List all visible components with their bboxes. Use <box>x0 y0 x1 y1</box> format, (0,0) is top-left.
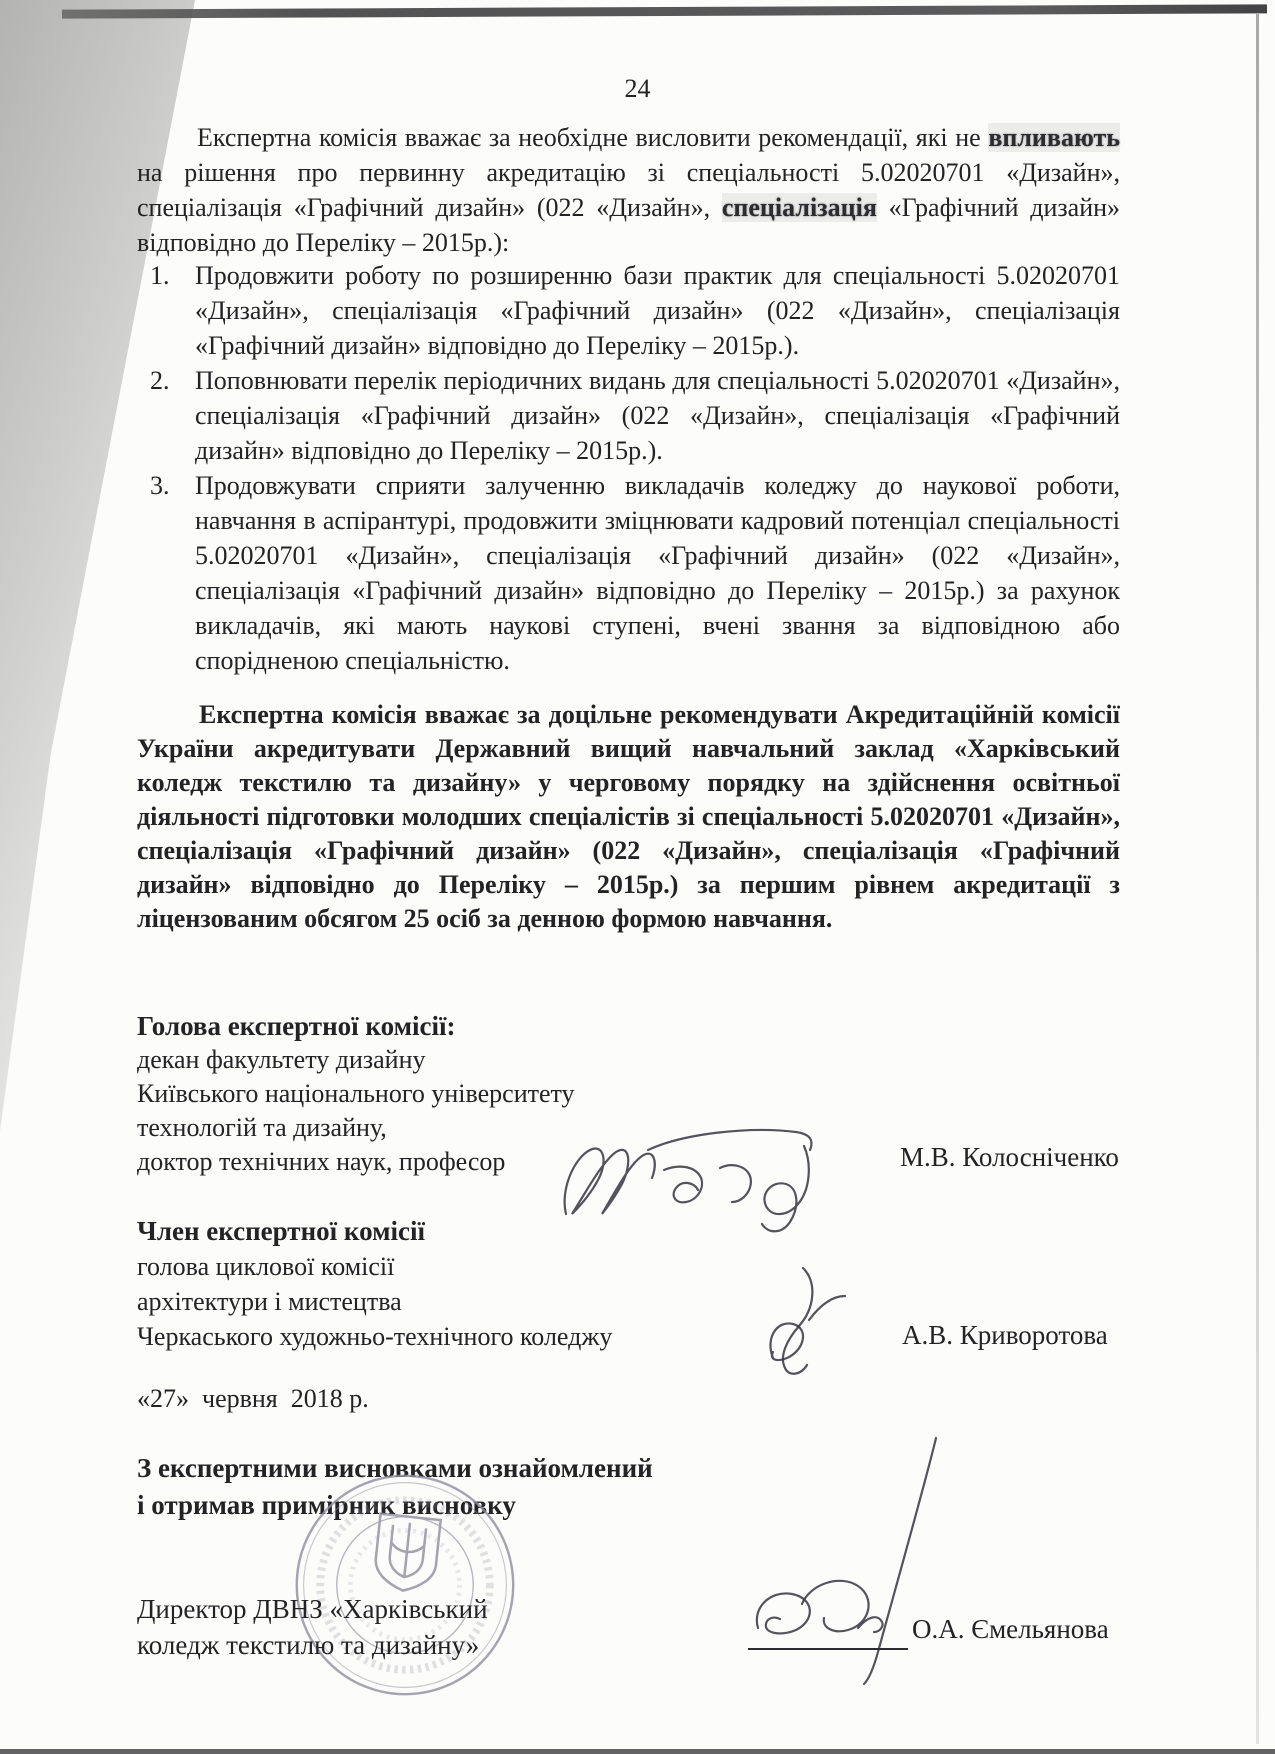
signatory-head-line: декан факультету дизайну <box>137 1043 1120 1077</box>
list-item-text: Продовжити роботу по розширенню бази пра… <box>195 261 1120 360</box>
signature-kolosnichenko <box>552 1106 862 1236</box>
intro-smudged-word-2: спеціалізація <box>722 193 877 222</box>
list-item-number: 1. <box>150 258 170 293</box>
recommendations-list: 1. Продовжити роботу по розширенню бази … <box>148 258 1120 678</box>
list-item-text: Продовжувати сприяти залученню викладачі… <box>195 471 1120 675</box>
date-line: «27» червня 2018 р. <box>137 1384 1120 1414</box>
acknowledgement-block: З експертними висновками ознайомлений і … <box>137 1450 1120 1524</box>
scan-top-border <box>62 4 1267 18</box>
acknowledgement-line-1: З експертними висновками ознайомлений <box>137 1450 1120 1487</box>
scan-bottom-border <box>0 1749 1275 1754</box>
signatory-member-name: А.В. Криворотова <box>902 1320 1108 1351</box>
list-item-number: 3. <box>150 468 170 503</box>
list-item: 3. Продовжувати сприяти залученню виклад… <box>148 468 1120 678</box>
resolution-paragraph: Експертна комісія вважає за доцільне рек… <box>137 698 1120 936</box>
list-item: 1. Продовжити роботу по розширенню бази … <box>148 258 1120 363</box>
signatory-head-title: Голова експертної комісії: <box>137 1009 1120 1043</box>
round-seal-stamp <box>288 1468 522 1702</box>
intro-paragraph: Експертна комісія вважає за необхідне ви… <box>137 120 1120 260</box>
intro-text-1: Експертна комісія вважає за необхідне ви… <box>197 123 981 152</box>
intro-smudged-word-1: впливають <box>988 123 1120 152</box>
trident-icon <box>373 1514 441 1594</box>
director-name: О.А. Ємельянова <box>912 1614 1109 1645</box>
signature-kryvorotova <box>735 1262 850 1382</box>
list-item-text: Поповнювати перелік періодичних видань д… <box>195 366 1120 465</box>
acknowledgement-line-2: і отримав примірник висновку <box>137 1487 1120 1524</box>
signatory-member-line: архітектури і мистецтва <box>137 1284 1120 1319</box>
list-item: 2. Поповнювати перелік періодичних видан… <box>148 363 1120 468</box>
scanned-document-page: 24 Експертна комісія вважає за необхідне… <box>0 0 1275 1754</box>
signatory-member-line: голова циклової комісії <box>137 1249 1120 1284</box>
page-number: 24 <box>0 74 1275 104</box>
signatory-head-name: М.В. Колосніченко <box>900 1142 1119 1173</box>
scan-right-border <box>1256 14 1259 1744</box>
list-item-number: 2. <box>150 363 170 398</box>
